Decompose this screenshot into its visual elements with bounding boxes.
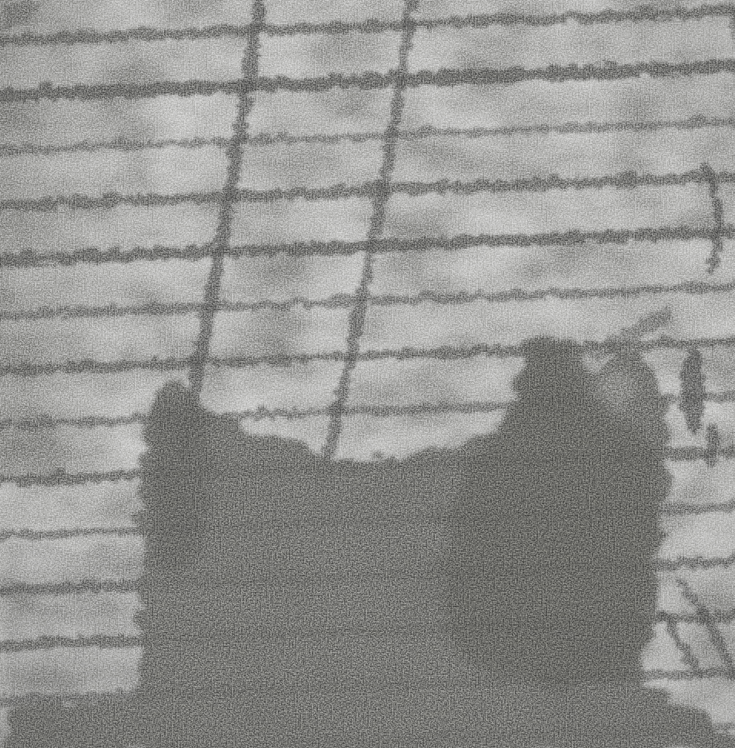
vignette [0,0,735,748]
photo-canvas [0,0,735,748]
photograph [0,0,735,748]
